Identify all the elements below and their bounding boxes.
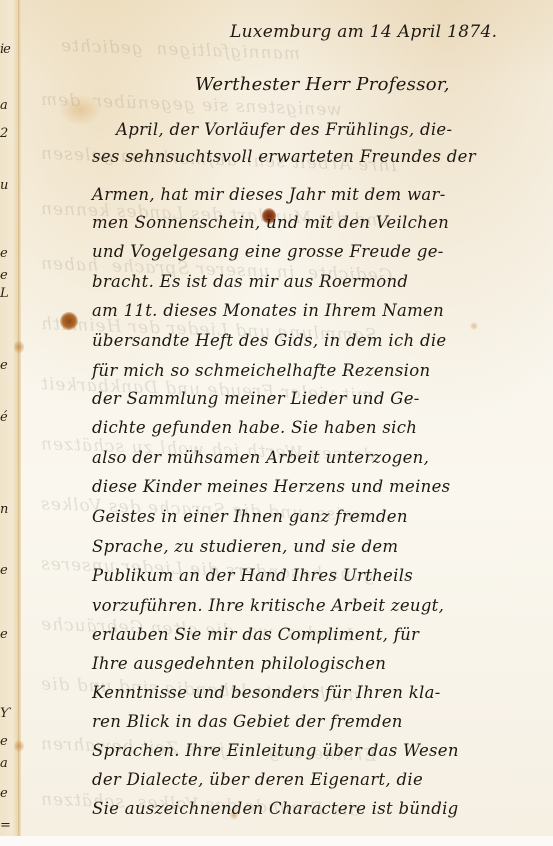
ink-stain	[60, 312, 78, 330]
body-line: men Sonnenschein, und mit den Veilchen	[92, 213, 449, 232]
body-line: erlauben Sie mir das Compliment, für	[92, 625, 419, 644]
margin-fragment: a	[0, 98, 7, 113]
foxing-stain	[14, 340, 24, 354]
body-line: übersandte Heft des Gids, in dem ich die	[92, 331, 447, 350]
margin-fragment: 2	[0, 126, 7, 141]
margin-fragment: Ƴ	[0, 706, 9, 721]
margin-fragment: ie	[0, 42, 10, 57]
body-line: ren Blick in das Gebiet der fremden	[92, 712, 403, 731]
body-line: April, der Vorläufer des Frühlings, die-	[116, 120, 452, 139]
previous-page-edge: ie a 2 u e e L e é n e e Ƴ e a e =	[0, 0, 18, 846]
body-line: also der mühsamen Arbeit unterzogen,	[92, 448, 429, 467]
margin-fragment: e	[0, 734, 7, 749]
body-line: Ihre ausgedehnten philologischen	[92, 654, 386, 673]
margin-fragment: a	[0, 756, 7, 771]
margin-fragment: e	[0, 627, 7, 642]
body-line: Armen, hat mir dieses Jahr mit dem war-	[92, 185, 446, 204]
margin-fragment: e	[0, 246, 7, 261]
margin-fragment: =	[0, 818, 10, 833]
body-line: Kenntnisse und besonders für Ihren kla-	[92, 683, 441, 702]
place-date-line: Luxemburg am 14 April 1874.	[230, 22, 497, 42]
body-line: Sprachen. Ihre Einleitung über das Wesen	[92, 741, 459, 760]
scanned-letter-page: ie a 2 u e e L e é n e e Ƴ e a e = manni…	[0, 0, 553, 846]
body-line: Sie auszeichnenden Charactere ist bündig	[92, 799, 459, 818]
body-line: ses sehnsuchtsvoll erwarteten Freundes d…	[92, 147, 476, 166]
body-line: dichte gefunden habe. Sie haben sich	[92, 418, 417, 437]
body-line: für mich so schmeichelhafte Rezension	[92, 361, 430, 380]
salutation: Werthester Herr Professor,	[195, 74, 450, 95]
foxing-stain	[14, 740, 24, 752]
body-line: der Dialecte, über deren Eigenart, die	[92, 770, 423, 789]
body-line: der Sammlung meiner Lieder und Ge-	[92, 389, 420, 408]
body-line: Geistes in einer Ihnen ganz fremden	[92, 507, 408, 526]
body-line: diese Kinder meines Herzens und meines	[92, 477, 450, 496]
body-line: Sprache, zu studieren, und sie dem	[92, 537, 398, 556]
body-line: Publikum an der Hand Ihres Urtheils	[92, 566, 413, 585]
margin-fragment: L	[0, 286, 8, 301]
margin-fragment: u	[0, 178, 7, 193]
margin-fragment: e	[0, 563, 7, 578]
body-line: bracht. Es ist das mir aus Roermond	[92, 272, 408, 291]
body-line: und Vogelgesang eine grosse Freude ge-	[92, 242, 444, 261]
margin-fragment: e	[0, 268, 7, 283]
scan-bottom-margin	[0, 836, 553, 846]
margin-fragment: e	[0, 358, 7, 373]
margin-fragment: n	[0, 502, 7, 517]
body-line: am 11t. dieses Monates in Ihrem Namen	[92, 301, 444, 320]
foxing-stain	[470, 322, 478, 330]
margin-fragment: e	[0, 786, 7, 801]
margin-fragment: é	[0, 410, 7, 425]
body-line: vorzuführen. Ihre kritische Arbeit zeugt…	[92, 596, 444, 615]
foxing-stain	[60, 95, 100, 125]
